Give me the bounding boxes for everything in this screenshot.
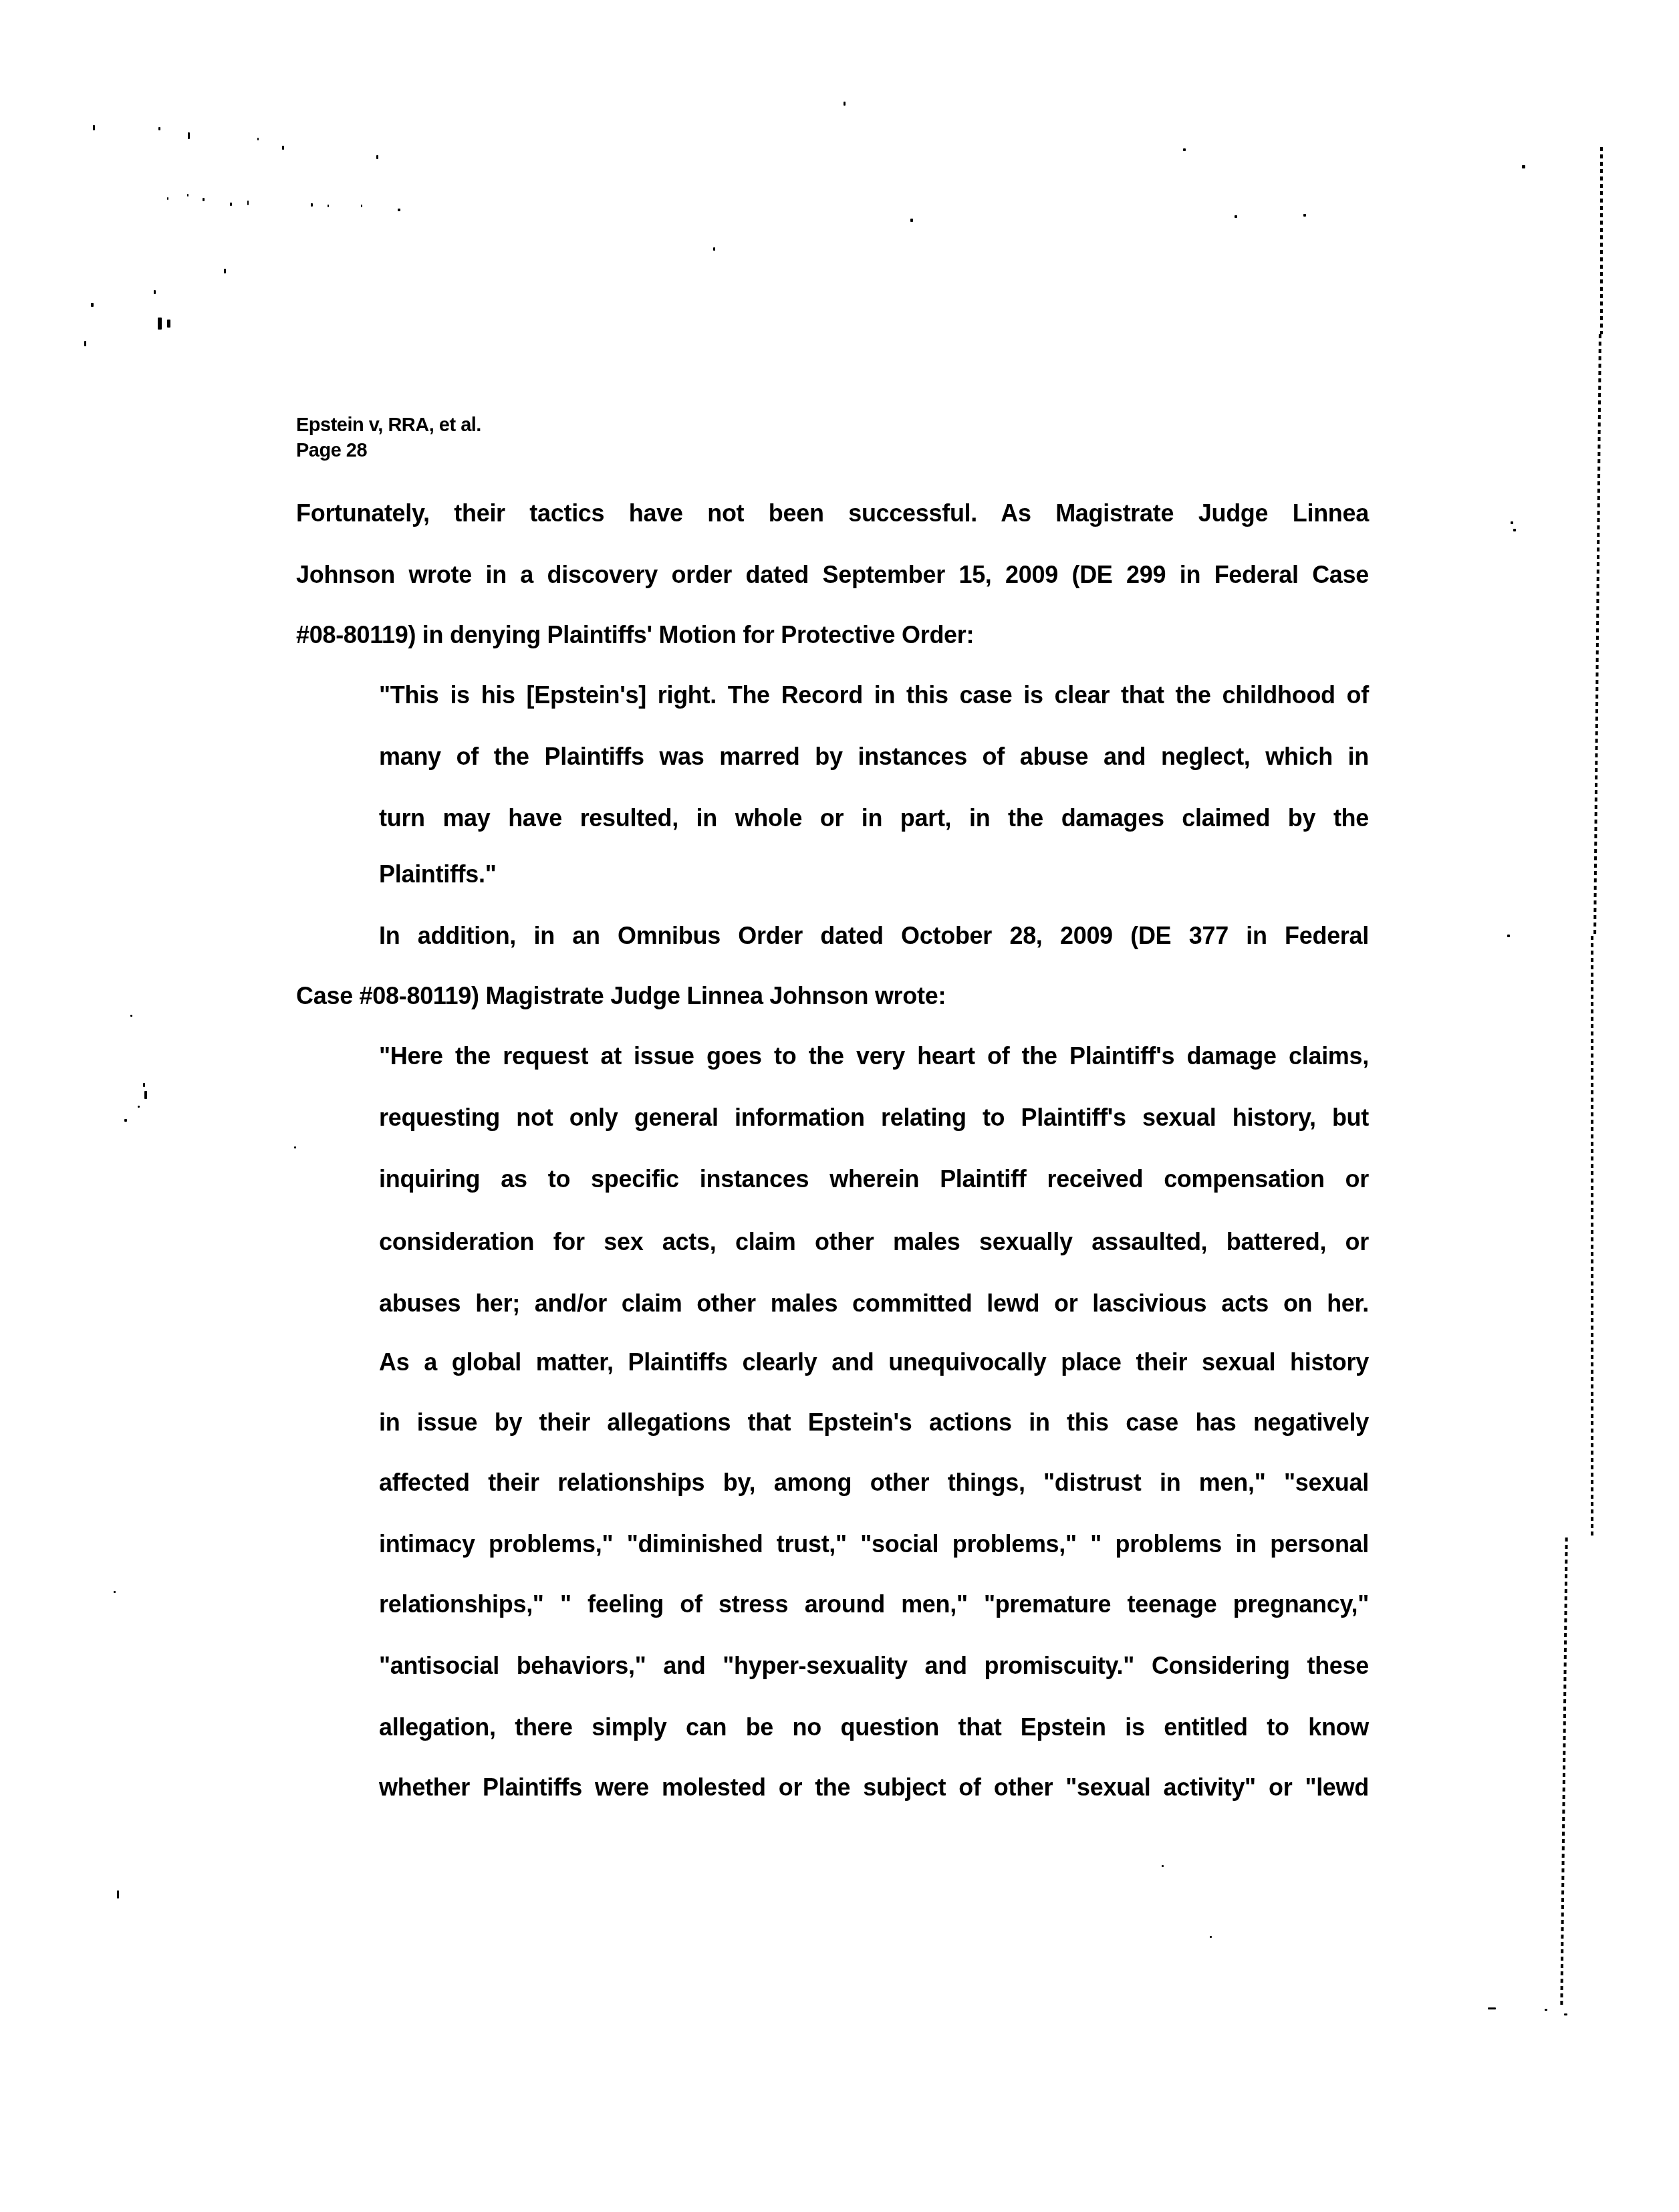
scan-speck [188, 132, 190, 139]
quote-line: in issue by their allegations that Epste… [379, 1410, 1369, 1435]
quote-line: many of the Plaintiffs was marred by ins… [379, 745, 1369, 769]
scan-speck [91, 303, 94, 307]
quote-line: intimacy problems," "diminished trust," … [379, 1532, 1369, 1556]
scan-speck [282, 146, 284, 150]
scan-speck [143, 1083, 145, 1087]
scan-speck [124, 1119, 127, 1122]
scan-speck [167, 197, 168, 200]
scan-speck [844, 102, 846, 106]
scan-speck [910, 219, 913, 222]
scan-speck [311, 203, 313, 207]
scan-speck [203, 198, 205, 201]
quote-line: allegation, there simply can be no quest… [379, 1715, 1369, 1739]
scan-speck [114, 1591, 116, 1593]
scan-speck [93, 125, 95, 130]
body-line: Case #08-80119) Magistrate Judge Linnea … [296, 984, 1369, 1008]
scan-speck [1507, 935, 1510, 937]
quote-line: "This is his [Epstein's] right. The Reco… [379, 683, 1369, 707]
scan-speck [328, 205, 329, 207]
quote-line: whether Plaintiffs were molested or the … [379, 1775, 1369, 1800]
scan-edge-line [1600, 147, 1603, 334]
quote-line: inquiring as to specific instances where… [379, 1167, 1369, 1191]
scan-speck [138, 1106, 140, 1108]
body-line: #08-80119) in denying Plaintiffs' Motion… [296, 623, 1369, 647]
scan-speck [1235, 215, 1237, 218]
quote-line: abuses her; and/or claim other males com… [379, 1292, 1369, 1316]
quote-line: "Here the request at issue goes to the v… [379, 1044, 1369, 1068]
scan-speck [294, 1146, 296, 1148]
scan-speck [398, 209, 400, 211]
scan-speck [1511, 521, 1513, 524]
scan-speck [84, 341, 86, 346]
scanned-document-page: Epstein v, RRA, et al. Page 28 Fortunate… [0, 0, 1679, 2212]
scan-speck [713, 247, 715, 251]
scan-speck [1162, 1865, 1164, 1867]
scan-speck [1183, 148, 1186, 151]
scan-speck [154, 290, 156, 294]
scan-speck [1545, 2009, 1547, 2011]
scan-speck [1303, 214, 1306, 217]
scan-speck [187, 194, 188, 197]
page-number: Page 28 [296, 441, 367, 461]
quote-line: "antisocial behaviors," and "hyper-sexua… [379, 1654, 1369, 1678]
scan-edge-line [1591, 936, 1593, 1538]
scan-speck [257, 138, 259, 140]
scan-speck [117, 1890, 119, 1898]
body-line: Fortunately, their tactics have not been… [296, 501, 1369, 525]
scan-speck [1210, 1936, 1212, 1938]
quote-line: consideration for sex acts, claim other … [379, 1230, 1369, 1254]
scan-speck [130, 1015, 132, 1017]
scan-speck [230, 203, 232, 206]
quote-line: affected their relationships by, among o… [379, 1471, 1369, 1495]
scan-speck [224, 269, 226, 273]
scan-speck [1564, 2013, 1567, 2015]
scan-speck [158, 318, 162, 330]
quote-line: requesting not only general information … [379, 1106, 1369, 1130]
scan-speck [361, 205, 362, 207]
quote-line: Plaintiffs." [379, 862, 1369, 886]
case-caption: Epstein v, RRA, et al. [296, 416, 481, 435]
body-line: In addition, in an Omnibus Order dated O… [379, 924, 1369, 948]
scan-speck [376, 155, 378, 159]
scan-speck [1513, 529, 1516, 531]
scan-edge-line [1560, 1538, 1567, 2005]
quote-line: relationships," " feeling of stress arou… [379, 1592, 1369, 1616]
scan-speck [247, 201, 249, 205]
scan-speck [158, 127, 160, 130]
quote-line: As a global matter, Plaintiffs clearly a… [379, 1350, 1369, 1374]
scan-speck [167, 320, 170, 328]
scan-speck [144, 1091, 147, 1099]
scan-speck [1522, 165, 1525, 168]
body-line: Johnson wrote in a discovery order dated… [296, 563, 1369, 587]
scan-speck [1488, 2007, 1496, 2009]
scan-edge-line [1593, 334, 1601, 936]
quote-line: turn may have resulted, in whole or in p… [379, 806, 1369, 830]
